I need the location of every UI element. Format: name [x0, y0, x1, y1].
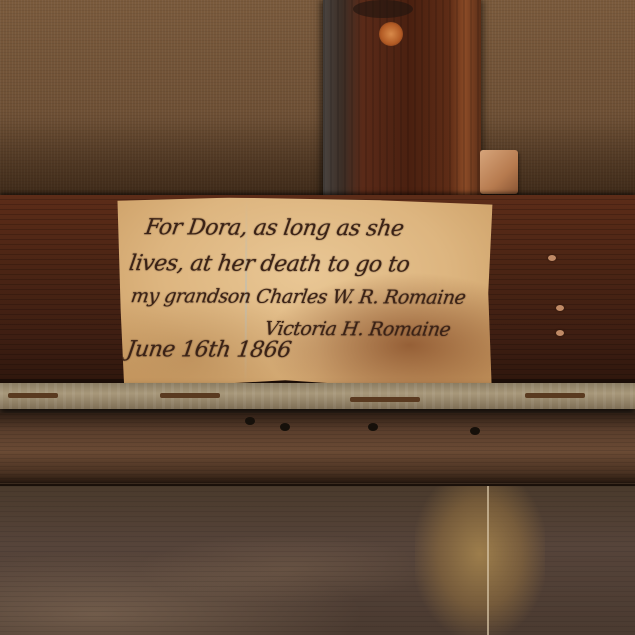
nail-hole [280, 423, 290, 431]
wood-knot [379, 22, 403, 46]
frame-wear-mark [525, 393, 585, 398]
frame-wear-mark [8, 393, 58, 398]
wood-stain [353, 0, 413, 18]
nail-hole [556, 330, 564, 336]
nail-hole [548, 255, 556, 261]
nail-hole [470, 427, 480, 435]
painting-back-photo: For Dora, as long as she lives, at her d… [0, 0, 635, 635]
nail-hole [245, 417, 255, 425]
nail-hole [368, 423, 378, 431]
nail-hole [556, 305, 564, 311]
board-seam [487, 486, 489, 635]
frame-bottom-board [0, 484, 635, 635]
vertical-stretcher-bar [323, 0, 481, 205]
frame-rail [0, 413, 635, 483]
frame-wear-mark [350, 397, 420, 402]
label-date: June 16th 1866 [125, 337, 293, 363]
label-line-1: For Dora, as long as she [144, 215, 406, 241]
label-line-3: my grandson Charles W. R. Romaine [129, 285, 467, 309]
frame-wear-mark [160, 393, 220, 398]
gilt-frame-lip [0, 383, 635, 409]
handwritten-paper-label: For Dora, as long as she lives, at her d… [117, 197, 493, 387]
worn-patch [415, 486, 545, 635]
label-line-2: lives, at her death to go to [127, 251, 411, 277]
canvas-shadow [0, 120, 635, 200]
stretcher-key-wedge [480, 150, 518, 194]
